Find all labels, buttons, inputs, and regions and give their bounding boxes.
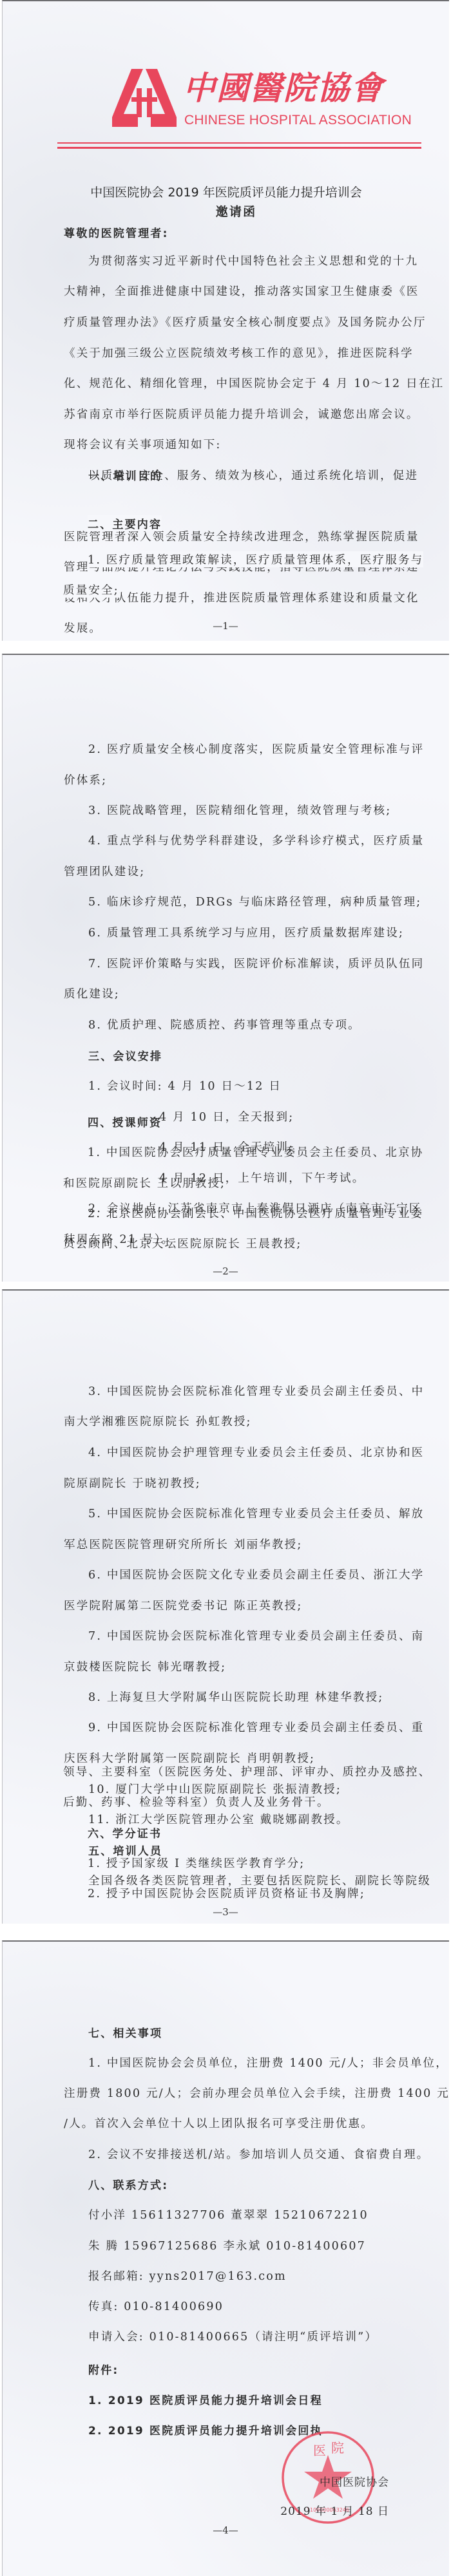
content-item-cont: 管理团队建设; [64, 863, 145, 879]
content-item: 2. 医疗质量安全核心制度落实，医院质量安全管理标准与评 [88, 741, 424, 757]
page-1: 中國醫院協會 CHINESE HOSPITAL ASSOCIATION 中国医院… [2, 0, 449, 641]
content-item: 5. 临床诊疗规范，DRGs 与临床路径管理，病种质量管理; [88, 893, 421, 909]
trainees-line: 全国各级各类医院管理者，主要包括医院院长、副院长等院级 [88, 1872, 431, 1888]
fee-line: 注册费 1800 元/人；会前办理会员单位入会手续，注册费 1400 元 [64, 2085, 449, 2101]
faculty-item: 7. 中国医院协会医院标准化管理专业委员会副主任委员、南 [88, 1627, 424, 1643]
intro-line: 为贯彻落实习近平新时代中国特色社会主义思想和党的十九 [88, 252, 418, 269]
page-3: 3. 中国医院协会医院标准化管理专业委员会副主任委员、中 南大学湘雅医院原院长 … [2, 1289, 449, 1924]
transport-note: 2. 会议不安排接送机/站。参加培训人员交通、食宿费自理。 [88, 2146, 429, 2162]
faculty-item-cont: 院原副院长 于晓初教授; [64, 1475, 201, 1491]
content-item: 8. 优质护理、院感质控、药事管理等重点专项。 [88, 1016, 361, 1032]
page-2: 2. 医疗质量安全核心制度落实，医院质量安全管理标准与评 价体系; 3. 医院战… [2, 654, 449, 1282]
content-item-cont: 价体系; [64, 772, 107, 788]
content-item: 3. 医院战略管理，医院精细化管理，绩效管理与考核; [88, 802, 391, 818]
page-4: 七、相关事项 1. 中国医院协会会员单位，注册费 1400 元/人；非会员单位，… [2, 1940, 449, 2576]
venue-line: 秣周东路 21 号）。 [64, 1231, 174, 1247]
faculty-item: 6. 中国医院协会医院文化专业委员会副主任委员、浙江大学 [88, 1566, 424, 1582]
section-heading-contact: 八、联系方式: [88, 2176, 168, 2192]
contact-membership: 申请入会: 010-81400665（请注明“质评培训”） [88, 2328, 378, 2344]
contact-email[interactable]: 报名邮箱: yyns2017@163.com [88, 2268, 287, 2284]
schedule-day: 4 月 10 日，全天报到; [159, 1108, 294, 1124]
signature-org: 中国医院协会 [3, 2473, 389, 2489]
intro-line: 现将会议有关事项通知如下: [64, 436, 222, 452]
fee-line: 1. 中国医院协会会员单位，注册费 1400 元/人；非会员单位， [88, 2054, 448, 2070]
faculty-item: 3. 中国医院协会医院标准化管理专业委员会副主任委员、中 [88, 1383, 424, 1399]
org-name-english: CHINESE HOSPITAL ASSOCIATION [184, 113, 412, 128]
intro-line: 大精神，全面推进健康中国建设，推动落实国家卫生健康委《医 [64, 283, 419, 299]
faculty-item-cont: 军总医院医院管理研究所所长 刘丽华教授; [64, 1536, 302, 1552]
contact-people: 朱 腾 15967125686 李永斌 010-81400607 [88, 2237, 366, 2253]
attachment-item[interactable]: 1. 2019 医院质评员能力提升培训会日程 [88, 2391, 323, 2407]
purpose-line: 以质量、安全、服务、绩效为核心，通过系统化培训，促进 [88, 467, 418, 483]
purpose-line: 发展。 [64, 620, 102, 636]
salutation: 尊敬的医院管理者: [64, 224, 169, 240]
section-heading-related: 七、相关事项 [88, 2024, 162, 2040]
faculty-item-cont: 庆医科大学附属第一医院副院长 肖明朝教授; [64, 1750, 315, 1766]
purpose-line: 设和人才队伍能力提升，推进医院质量管理体系建设和质量文化 [64, 589, 419, 605]
faculty-item: 4. 中国医院协会护理管理专业委员会主任委员、北京协和医 [88, 1444, 424, 1460]
schedule-time: 1. 会议时间: 4 月 10 日～12 日 [88, 1077, 282, 1094]
intro-line: 化、规范化、精细化管理，中国医院协会定于 4 月 10～12 日在江 [64, 375, 444, 391]
letterhead-divider [57, 147, 421, 149]
svg-text:医: 医 [313, 2443, 326, 2458]
letterhead-divider [57, 142, 421, 144]
attachments-heading: 附件: [88, 2361, 119, 2377]
fee-line: /人。首次入会单位十人以上团队报名可享受注册优惠。 [64, 2115, 374, 2131]
document-title: 中国医院协会 2019 年医院质评员能力提升培训会 [3, 183, 449, 200]
venue-line: 2. 会议地点: 江苏省南京市上秦淮假日酒店（南京市江宁区 [88, 1200, 422, 1216]
faculty-item: 8. 上海复旦大学附属华山医院院长助理 林建华教授; [88, 1689, 383, 1705]
content-item-cont: 质化建设; [64, 985, 120, 1001]
faculty-item-cont: 京鼓楼医院院长 韩光曙教授; [64, 1658, 226, 1674]
faculty-item-cont: 医学院附属第二医院党委书记 陈正英教授; [64, 1597, 302, 1613]
contact-people: 付小洋 15611327706 董翠翠 15210672210 [88, 2206, 369, 2222]
section-heading-trainees: 五、培训人员 [88, 1842, 162, 1858]
contact-fax: 传真: 010-81400690 [88, 2298, 224, 2314]
faculty-item-cont: 南大学湘雅医院原院长 孙虹教授; [64, 1413, 252, 1429]
intro-line: 《关于加强三级公立医院绩效考核工作的意见》，推进医院科学 [64, 345, 414, 361]
faculty-item: 9. 中国医院协会医院标准化管理专业委员会副主任委员、重 [88, 1719, 424, 1735]
content-item: 4. 重点学科与优势学科群建设，多学科诊疗模式，医疗质量 [88, 832, 424, 848]
intro-line: 苏省南京市举行医院质评员能力提升培训会，诚邀您出席会议。 [64, 406, 419, 422]
letterhead-logo: 中國醫院協會 CHINESE HOSPITAL ASSOCIATION [112, 62, 363, 133]
purpose-line: 医院管理者深入领会质量安全持续改进理念，熟练掌握医院质量 [64, 528, 419, 544]
section-heading-schedule: 三、会议安排 [88, 1047, 162, 1063]
schedule-day: 4 月 11 日，全天培训; [159, 1139, 294, 1155]
purpose-line: 管理与品质提升理论方法与实践技能，指导医院质量管理体系建 [64, 558, 419, 574]
content-item: 7. 医院评价策略与实践，医院评价标准解读，质评员队伍同 [88, 955, 424, 971]
faculty-item: 5. 中国医院协会医院标准化管理专业委员会主任委员、解放 [88, 1505, 424, 1521]
document-subtitle: 邀请函 [64, 202, 408, 220]
faculty-item: 11. 浙江大学医院管理办公室 戴晓娜副教授。 [88, 1811, 349, 1827]
hospital-association-logo-icon [112, 69, 177, 127]
signature-date: 2019 年 1 月 18 日 [3, 2502, 389, 2518]
intro-line: 疗质量管理办法》《医疗质量安全核心制度要点》及国务院办公厅 [64, 314, 427, 330]
content-item: 6. 质量管理工具系统学习与应用，医疗质量数据库建设; [88, 924, 404, 940]
svg-text:院: 院 [331, 2440, 344, 2456]
faculty-item: 10. 厦门大学中山医院原副院长 张振清教授; [88, 1781, 341, 1797]
schedule-day: 4 月 12 日，上午培训，下午考试。 [159, 1170, 365, 1186]
org-name-chinese: 中國醫院協會 [183, 62, 384, 109]
